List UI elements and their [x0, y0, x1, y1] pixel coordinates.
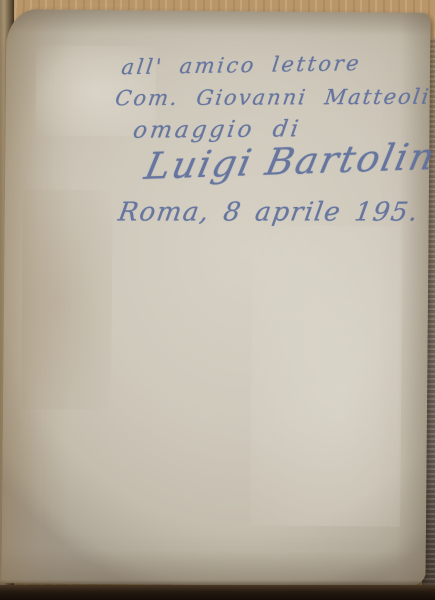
handwritten-inscription: all' amico lettore Com. Giovanni Matteol…: [7, 9, 431, 13]
flyleaf-page: all' amico lettore Com. Giovanni Matteol…: [2, 9, 431, 587]
inscription-line-2: Com. Giovanni Matteoli: [114, 85, 432, 111]
book-cover-edge: [0, 585, 435, 600]
paper-stain: [21, 189, 113, 410]
paper-highlight: [250, 225, 403, 526]
book-photo: all' amico lettore Com. Giovanni Matteol…: [0, 0, 435, 600]
inscription-dateline: Roma, 8 aprile 195.: [116, 197, 421, 227]
inscription-line-1: all' amico lettore: [120, 51, 363, 79]
